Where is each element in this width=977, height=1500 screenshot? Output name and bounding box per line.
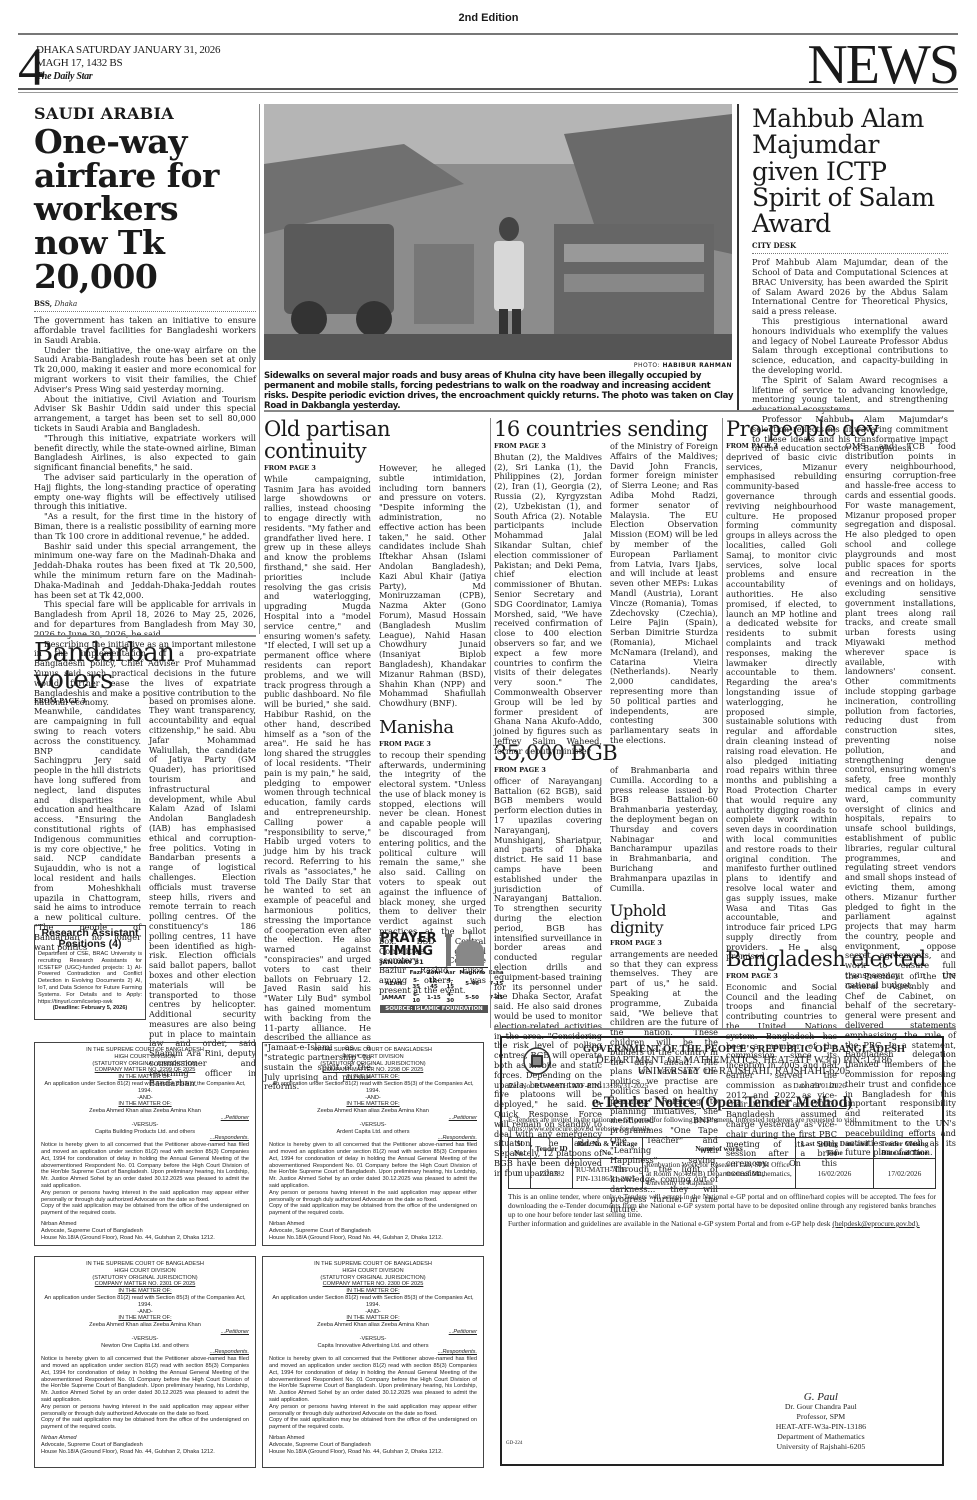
paper-name: The Daily Star xyxy=(36,70,220,83)
respondent: Capita Building Products Ltd. and others xyxy=(41,1129,249,1136)
signature: G. Paul xyxy=(776,1392,866,1402)
matter-number: COMPANY MATTER NO. 2298 OF 2025 xyxy=(269,1067,477,1074)
tender-signatory: G. Paul Dr. Gour Chandra Paul Professor,… xyxy=(776,1392,866,1452)
prayer-table: Fazr Zohr Asr Maghrib Esha AZAN 5-35 12-… xyxy=(380,969,506,1005)
tender-row: 01 1220782 RU-MATH-ATF-PIN-13186/31-2025… xyxy=(509,1159,936,1189)
court-notice-2298[interactable]: IN THE SUPREME COURT OF BANGLADESH HIGH … xyxy=(262,1042,484,1246)
headline[interactable]: Pro-people dev xyxy=(726,418,956,440)
gd-number: GD-224 xyxy=(506,1441,522,1446)
section-rule xyxy=(34,635,256,637)
article-col-1: FROM PAGE 3 Meanwhile, candidates are ca… xyxy=(34,697,141,1089)
kicker: SAUDI ARABIA xyxy=(34,104,256,123)
headline[interactable]: Bangladesh elected xyxy=(726,948,956,970)
column-divider xyxy=(490,418,491,1028)
matter-number: COMPANY MATTER NO. 2299 OF 2025 xyxy=(41,1067,249,1074)
byline: CITY DESK xyxy=(752,241,948,254)
photo-credit: PHOTO: HABIBUR RAHMAN xyxy=(264,362,732,369)
section-rule xyxy=(264,410,954,412)
edition-label: 2nd Edition xyxy=(0,12,977,24)
research-assistant-ad[interactable]: Research Assistant Positions (4) Departm… xyxy=(34,925,146,1020)
headline[interactable]: One-way airfare for workers now Tk 20,00… xyxy=(34,125,256,293)
ad-body: Department of CSE, BRAC University is re… xyxy=(38,951,142,1005)
court-notice-2299[interactable]: IN THE SUPREME COURT OF BANGLADESH HIGH … xyxy=(34,1042,256,1246)
section-rule xyxy=(494,1028,956,1030)
news-photo[interactable] xyxy=(264,104,732,360)
headline[interactable]: 35,000 BGB xyxy=(494,742,718,764)
helpdesk-link[interactable]: (helpdesk@eprocure.gov.bd). xyxy=(832,1219,919,1228)
mosque-icon xyxy=(444,930,488,966)
headline[interactable]: 16 countries sending xyxy=(494,418,718,440)
article-saudi-airfare: SAUDI ARABIA One-way airfare for workers… xyxy=(34,104,256,708)
street-market-photo-icon xyxy=(264,104,732,360)
respondent: Ardent Capita Ltd. and others xyxy=(269,1129,477,1136)
article-col-2: of the Ministry of Foreign Affairs of th… xyxy=(610,442,718,757)
byline: BSS, Dhaka xyxy=(34,299,256,312)
headline[interactable]: Uphold dignity xyxy=(610,903,718,937)
prayer-row-jamaat: JAMAAT 6-10 1-15 4-30 5-50 7-45 xyxy=(380,991,506,1005)
masthead-rule-thin xyxy=(18,92,958,93)
tender-date: Date: 29/01/2026 xyxy=(793,1081,846,1090)
bangla-date: MAGH 17, 1432 BS xyxy=(36,57,220,70)
column-divider xyxy=(259,104,260,634)
prayer-timing-box: PRAYER TIMING JANUARY 31 Fazr Zohr Asr M… xyxy=(380,930,488,1013)
section-title: NEWS xyxy=(807,36,958,94)
e-tender-notice[interactable]: GOVERNMENT OF THE PEOPLE'S REPUBLIC OF B… xyxy=(500,1036,944,1466)
tender-ref: Ref No: RU-MATH-ATF-PIN-13186/31-2025 xyxy=(508,1081,648,1090)
column-divider xyxy=(737,104,739,410)
column-divider xyxy=(722,418,723,1028)
government-seal-icon xyxy=(522,1046,552,1076)
headline[interactable]: Old partisan continuity xyxy=(264,418,486,462)
tender-intro: E-Tenders are invited in the national e-… xyxy=(508,1115,936,1133)
prayer-source: SOURCE: ISLAMIC FOUNDATION xyxy=(380,1005,488,1013)
prayer-date: JANUARY 31 xyxy=(380,958,437,966)
respondent: Capita Innovative Advertising Ltd. and o… xyxy=(269,1343,477,1350)
tender-gov: GOVERNMENT OF THE PEOPLE'S REPUBLIC OF B… xyxy=(552,1044,936,1055)
headline[interactable]: Mahbub Alam Majumdar given ICTP Spirit o… xyxy=(752,106,948,237)
masthead-dateline: DHAKA SATURDAY JANUARY 31, 2026 MAGH 17,… xyxy=(36,44,220,83)
tender-table: Sl No. Tender ID Ref. No & Package No. N… xyxy=(508,1137,936,1189)
headline[interactable]: Bandarban voters xyxy=(34,640,256,695)
article-16-countries: 16 countries sending FROM PAGE 3 Bhutan … xyxy=(494,418,718,757)
tender-univ: UNIVERSITY OF RAJSHAHI, RAJSHAHI-6205 xyxy=(552,1066,936,1077)
tender-title: e-Tender Notice (Open Tender Method) xyxy=(508,1094,936,1112)
tender-note-2: Further information and guidelines are a… xyxy=(508,1219,936,1228)
tender-note: This is an online tender, where only e-T… xyxy=(508,1192,936,1219)
article-col-2: OMS and TCB food distribution points in … xyxy=(845,442,956,991)
date-line: DHAKA SATURDAY JANUARY 31, 2026 xyxy=(36,44,220,57)
tender-dept: DEPARTMENT OF MATHEMATICS, HEAT-ATF W3(a… xyxy=(552,1055,936,1066)
photo-caption: Sidewalks on several major roads and bus… xyxy=(264,371,734,411)
ad-title: Research Assistant Positions (4) xyxy=(38,928,142,950)
article-col-2: based on promises alone. They want trans… xyxy=(149,697,256,1089)
article-col-1: FROM PAGE 3 While campaigning, Tasnim Ja… xyxy=(264,464,371,1092)
ad-deadline: (Deadline: February 5, 2026) xyxy=(38,1005,142,1011)
matter-number: COMPANY MATTER NO. 2301 OF 2025 xyxy=(41,1281,249,1288)
prayer-row-azan: AZAN 5-35 12-45 4-15 5-46 7-15 xyxy=(380,977,506,991)
article-pro-people-dev: Pro-people dev FROM PAGE 3 deprived of b… xyxy=(726,418,956,991)
masthead-rule xyxy=(18,88,958,90)
headline[interactable]: Manisha xyxy=(379,719,486,738)
court-notice-2300[interactable]: IN THE SUPREME COURT OF BANGLADESH HIGH … xyxy=(262,1256,484,1468)
article-bandarban: Bandarban voters FROM PAGE 3 Meanwhile, … xyxy=(34,640,256,1088)
article-award: Mahbub Alam Majumdar given ICTP Spirit o… xyxy=(752,106,948,454)
matter-number: COMPANY MATTER NO. 2300 OF 2025 xyxy=(269,1281,477,1288)
article-col-1: FROM PAGE 3 Bhutan (2), the Maldives (2)… xyxy=(494,442,602,757)
article-col-1: FROM PAGE 3 deprived of basic civic serv… xyxy=(726,442,837,991)
court-notice-2301[interactable]: IN THE SUPREME COURT OF BANGLADESH HIGH … xyxy=(34,1256,256,1468)
prayer-title-2: TIMING xyxy=(380,945,437,958)
respondent: Newton One Capita Ltd. and others xyxy=(41,1343,249,1350)
